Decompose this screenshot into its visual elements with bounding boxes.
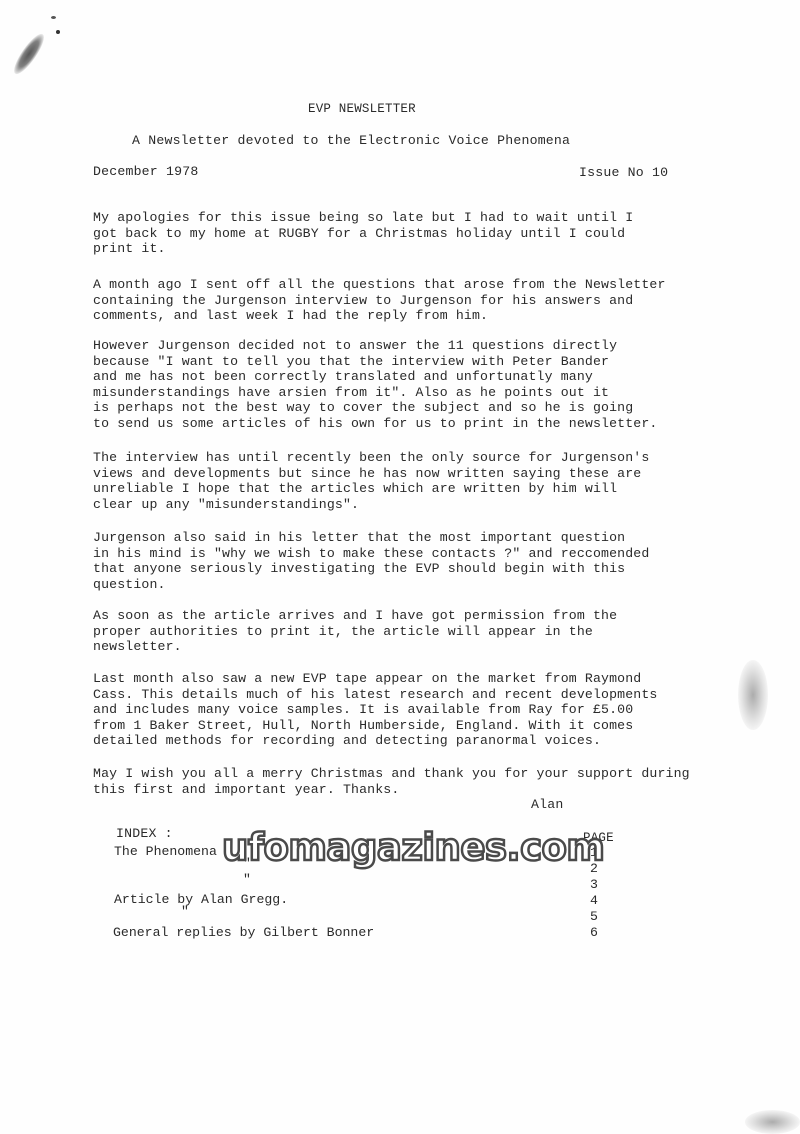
paragraph-important-question: Jurgenson also said in his letter that t… [93, 530, 733, 592]
index-entry-title: Article by Alan Gregg. [114, 892, 614, 907]
ink-speck [56, 30, 60, 34]
paragraph-jurgenson-reply: However Jurgenson decided not to answer … [93, 338, 733, 432]
signoff-name: Alan [531, 797, 563, 812]
newsletter-title: EVP NEWSLETTER [308, 102, 416, 117]
paragraph-evp-tape: Last month also saw a new EVP tape appea… [93, 671, 733, 749]
newsletter-page: EVP NEWSLETTER A Newsletter devoted to t… [0, 0, 800, 1134]
index-entry-page: 4 [590, 893, 598, 908]
newsletter-subtitle: A Newsletter devoted to the Electronic V… [132, 133, 570, 148]
index-entry-title: " [181, 904, 189, 919]
paragraph-article-permission: As soon as the article arrives and I hav… [93, 608, 733, 655]
scan-speckle [745, 1110, 800, 1134]
index-entry-title: " [243, 872, 251, 887]
index-entry-page: 3 [590, 877, 598, 892]
issue-date: December 1978 [93, 164, 198, 179]
index-entry-title: General replies by Gilbert Bonner [113, 925, 613, 940]
scan-speckle [738, 660, 768, 730]
index-entry-page: 6 [590, 925, 598, 940]
watermark: ufomagazines.com [222, 826, 604, 870]
paragraph-questions-sent: A month ago I sent off all the questions… [93, 277, 733, 324]
paragraph-apology: My apologies for this issue being so lat… [93, 210, 733, 257]
paragraph-interview-source: The interview has until recently been th… [93, 450, 733, 512]
ink-smudge [10, 30, 49, 77]
index-label: INDEX : [116, 826, 173, 841]
issue-number: Issue No 10 [579, 165, 668, 180]
index-entry-page: 5 [590, 909, 598, 924]
paragraph-christmas-wishes: May I wish you all a merry Christmas and… [93, 766, 753, 797]
ink-speck [51, 16, 56, 19]
